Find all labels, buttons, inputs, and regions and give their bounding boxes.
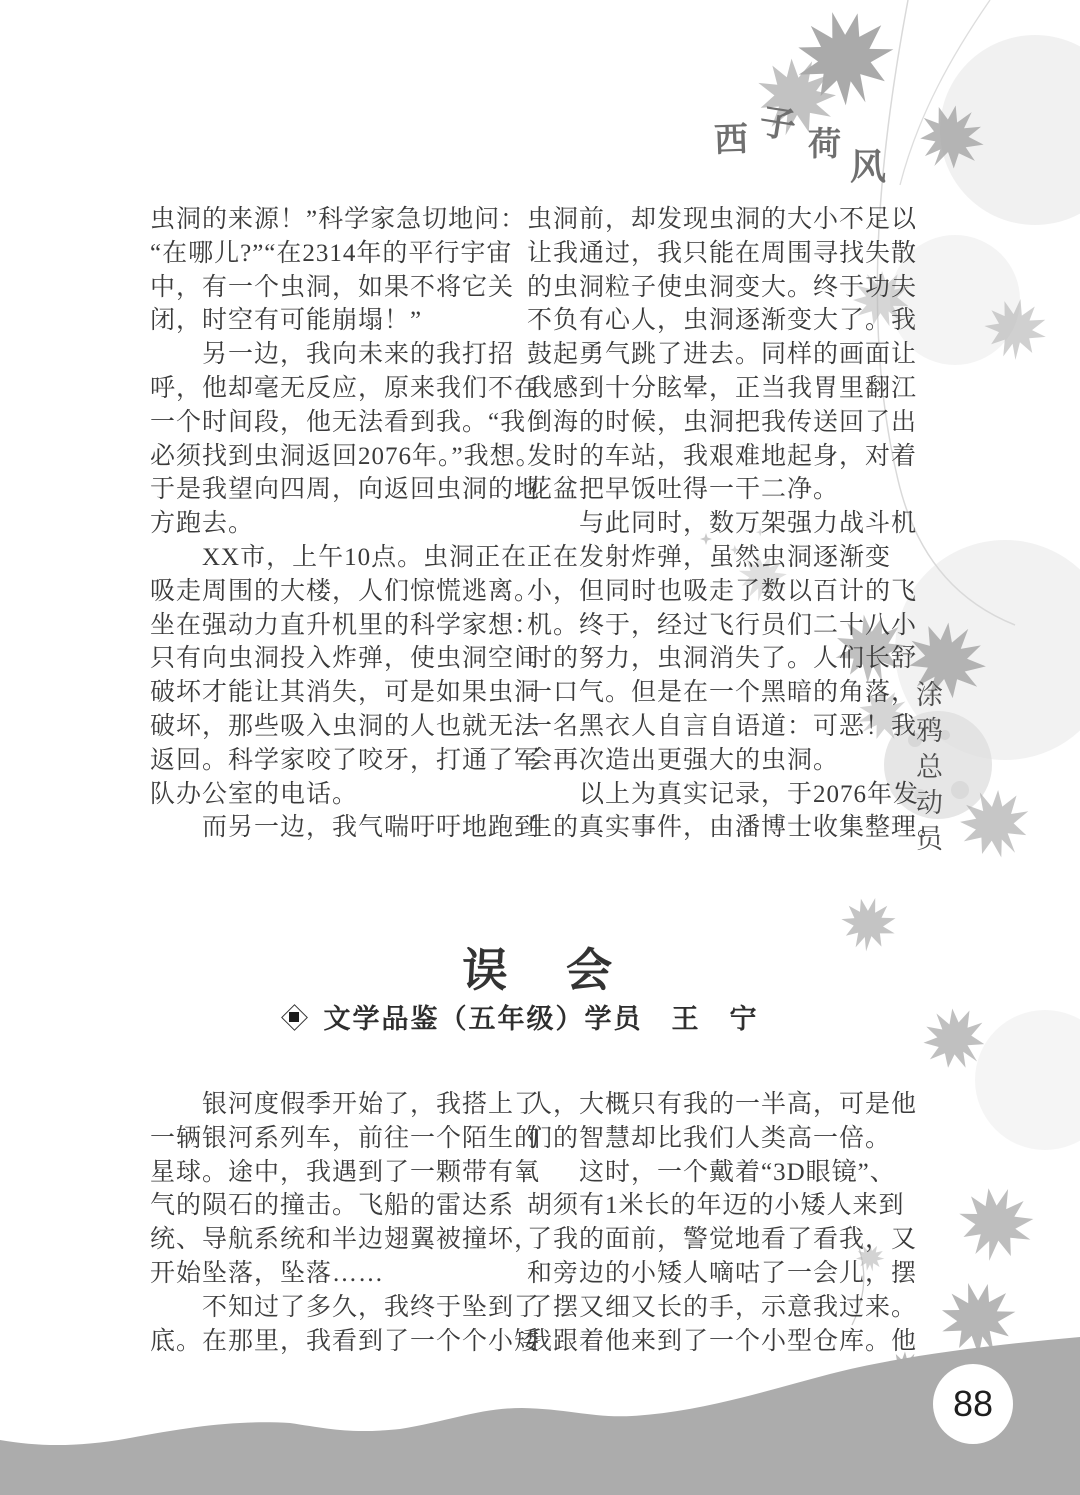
text-line: 中，有一个虫洞，如果不将它关 — [150, 271, 522, 305]
faint-circle — [940, 35, 1080, 225]
text-line: 让我通过，我只能在周围寻找失散 — [527, 237, 899, 271]
text-line: 闭，时空有可能崩塌！” — [150, 304, 522, 338]
logo-char: 子 — [756, 93, 800, 149]
text-line: 倒海的时候，虫洞把我传送回了出 — [527, 406, 899, 440]
text-line: 我跟着他来到了一个小型仓库。他 — [527, 1325, 899, 1359]
article-title: 误 会 — [0, 934, 1080, 1000]
text-line: 的虫洞粒子使虫洞变大。终于功夫 — [527, 271, 899, 305]
text-line: 不负有心人，虫洞逐渐变大了。我 — [527, 304, 899, 338]
text-line: 队办公室的电话。 — [150, 778, 522, 812]
text-line: 另一边，我向未来的我打招 — [150, 338, 522, 372]
text-line: 不知过了多久，我终于坠到了 — [150, 1291, 522, 1325]
text-line: 吸走周围的大楼，人们惊慌逃离。 — [150, 575, 522, 609]
page-number-badge: 88 — [933, 1364, 1013, 1444]
footer-wave — [0, 1337, 1080, 1495]
text-line: 虫洞的来源！”科学家急切地问： — [150, 203, 522, 237]
text-line: 这时，一个戴着“3D眼镜”、 — [527, 1156, 899, 1190]
text-line: 而另一边，我气喘吁吁地跑到 — [150, 811, 522, 845]
logo-char: 风 — [850, 139, 886, 190]
text-line: 以上为真实记录，于2076年发 — [527, 778, 899, 812]
article2-right-column: 人，大概只有我的一半高，可是他们的智慧却比我们人类高一倍。 这时，一个戴着“3D… — [527, 1088, 899, 1358]
text-line: “在哪儿?”“在2314年的平行宇宙 — [150, 237, 522, 271]
text-line: 一名黑衣人自言自语道：可恶！我 — [527, 710, 899, 744]
text-line: 必须找到虫洞返回2076年。”我想。 — [150, 440, 522, 474]
text-line: 机。终于，经过飞行员们二十八小 — [527, 609, 899, 643]
text-line: 人，大概只有我的一半高，可是他 — [527, 1088, 899, 1122]
logo-char: 西 — [713, 111, 749, 161]
maple-leaf — [904, 91, 997, 184]
text-line: 生的真实事件，由潘博士收集整理。 — [527, 811, 899, 845]
section-vertical-label: 涂鸦总动员 — [908, 680, 947, 860]
text-line: 破坏才能让其消失，可是如果虫洞 — [150, 676, 522, 710]
byline-text: 文学品鉴（五年级）学员 王 宁 — [324, 997, 759, 1036]
curve-line — [900, 0, 990, 185]
text-line: 于是我望向四周，向返回虫洞的地 — [150, 473, 522, 507]
maple-leaf — [948, 1176, 1044, 1271]
maple-leaf — [932, 1273, 1024, 1364]
article-byline: 文学品鉴（五年级）学员 王 宁 — [0, 997, 1040, 1036]
article2-left-column: 银河度假季开始了，我搭上了一辆银河系列车，前往一个陌生的星球。途中，我遇到了一颗… — [150, 1088, 522, 1358]
text-line: 方跑去。 — [150, 507, 522, 541]
text-line: 底。在那里，我看到了一个个小矮 — [150, 1325, 522, 1359]
text-line: 们的智慧却比我们人类高一倍。 — [527, 1122, 899, 1156]
page-number: 88 — [953, 1383, 993, 1425]
text-line: 发时的车站，我艰难地起身，对着 — [527, 440, 899, 474]
text-line: 正在发射炸弹，虽然虫洞逐渐变 — [527, 541, 899, 575]
text-line: 呼，他却毫无反应，原来我们不在 — [150, 372, 522, 406]
text-line: XX市，上午10点。虫洞正在 — [150, 541, 522, 575]
text-line: 时的努力，虫洞消失了。人们长舒 — [527, 642, 899, 676]
text-line: 了我的面前，警觉地看了看我，又 — [527, 1223, 899, 1257]
text-line: 我感到十分眩晕，正当我胃里翻江 — [527, 372, 899, 406]
text-line: 胡须有1米长的年迈的小矮人来到 — [527, 1189, 899, 1223]
text-line: 破坏，那些吸入虫洞的人也就无法 — [150, 710, 522, 744]
logo-char: 荷 — [808, 118, 841, 165]
text-line: 开始坠落，坠落…… — [150, 1257, 522, 1291]
text-line: 一个时间段，他无法看到我。“我 — [150, 406, 522, 440]
text-line: 与此同时，数万架强力战斗机 — [527, 507, 899, 541]
text-line: 只有向虫洞投入炸弹，使虫洞空间 — [150, 642, 522, 676]
text-line: 气的陨石的撞击。飞船的雷达系 — [150, 1189, 522, 1223]
magazine-page: 西 子 荷 风 虫洞的来源！”科学家急切地问：“在哪儿?”“在2314年的平行宇… — [0, 0, 1080, 1495]
maple-leaf — [948, 777, 1042, 870]
text-line: 一口气。但是在一个黑暗的角落， — [527, 676, 899, 710]
text-line: 鼓起勇气跳了进去。同样的画面让 — [527, 338, 899, 372]
text-line: 银河度假季开始了，我搭上了 — [150, 1088, 522, 1122]
maple-leaf — [785, 0, 904, 117]
maple-leaf — [980, 294, 1052, 365]
text-line: 虫洞前，却发现虫洞的大小不足以 — [527, 203, 899, 237]
text-line: 坐在强动力直升机里的科学家想： — [150, 609, 522, 643]
text-line: 返回。科学家咬了咬牙，打通了军 — [150, 744, 522, 778]
text-line: 花盆把早饭吐得一干二净。 — [527, 473, 899, 507]
text-line: 和旁边的小矮人嘀咕了一会儿，摆 — [527, 1257, 899, 1291]
text-line: 了摆又细又长的手，示意我过来。 — [527, 1291, 899, 1325]
article1-right-column: 虫洞前，却发现虫洞的大小不足以让我通过，我只能在周围寻找失散的虫洞粒子使虫洞变大… — [527, 203, 899, 845]
article1-left-column: 虫洞的来源！”科学家急切地问：“在哪儿?”“在2314年的平行宇宙中，有一个虫洞… — [150, 203, 522, 845]
diamond-bullet-icon — [282, 1005, 306, 1029]
text-line: 统、导航系统和半边翅翼被撞坏， — [150, 1223, 522, 1257]
text-line: 星球。途中，我遇到了一颗带有氧 — [150, 1156, 522, 1190]
text-line: 一辆银河系列车，前往一个陌生的 — [150, 1122, 522, 1156]
text-line: 小，但同时也吸走了数以百计的飞 — [527, 575, 899, 609]
text-line: 会再次造出更强大的虫洞。 — [527, 744, 899, 778]
